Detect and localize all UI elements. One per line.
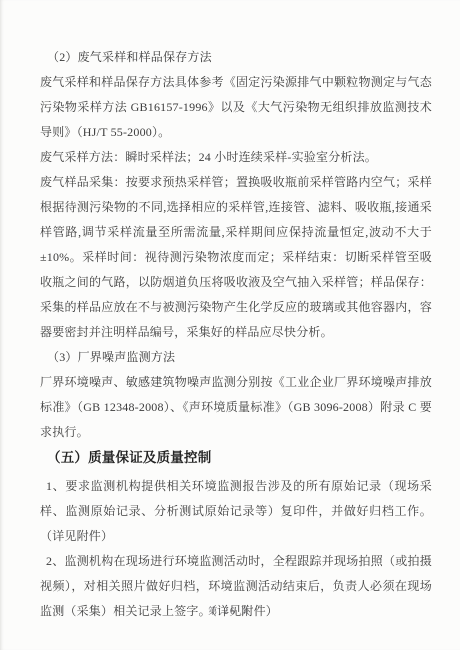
paragraph: 厂界环境噪声、敏感建筑物噪声监测分别按《工业企业厂界环境噪声排放标准》（GB 1… xyxy=(40,370,432,445)
paragraph: 废气采样和样品保存方法具体参考《固定污染源排气中颗粒物测定与气态污染物采样方法 … xyxy=(40,70,432,145)
scanned-document-page: （2）废气采样和样品保存方法废气采样和样品保存方法具体参考《固定污染源排气中颗粒… xyxy=(0,0,460,650)
paragraph: 废气采样方法：瞬时采样法；24 小时连续采样-实验室分析法。 xyxy=(40,145,432,170)
sub-heading: （2）废气采样和样品保存方法 xyxy=(40,45,432,70)
list-item-paragraph: 1、要求监测机构提供相关环境监测报告涉及的所有原始记录（现场采样、监测原始记录、… xyxy=(40,474,432,549)
page-number-footer: 第 26 页 xyxy=(0,604,460,617)
section-heading: （五）质量保证及质量控制 xyxy=(40,445,432,470)
paragraph: 废气样品采集：按要求预热采样管；置换吸收瓶前采样管路内空气；采样根据待测污染物的… xyxy=(40,170,432,345)
document-body: （2）废气采样和样品保存方法废气采样和样品保存方法具体参考《固定污染源排气中颗粒… xyxy=(40,45,432,624)
sub-heading: （3）厂界噪声监测方法 xyxy=(40,345,432,370)
